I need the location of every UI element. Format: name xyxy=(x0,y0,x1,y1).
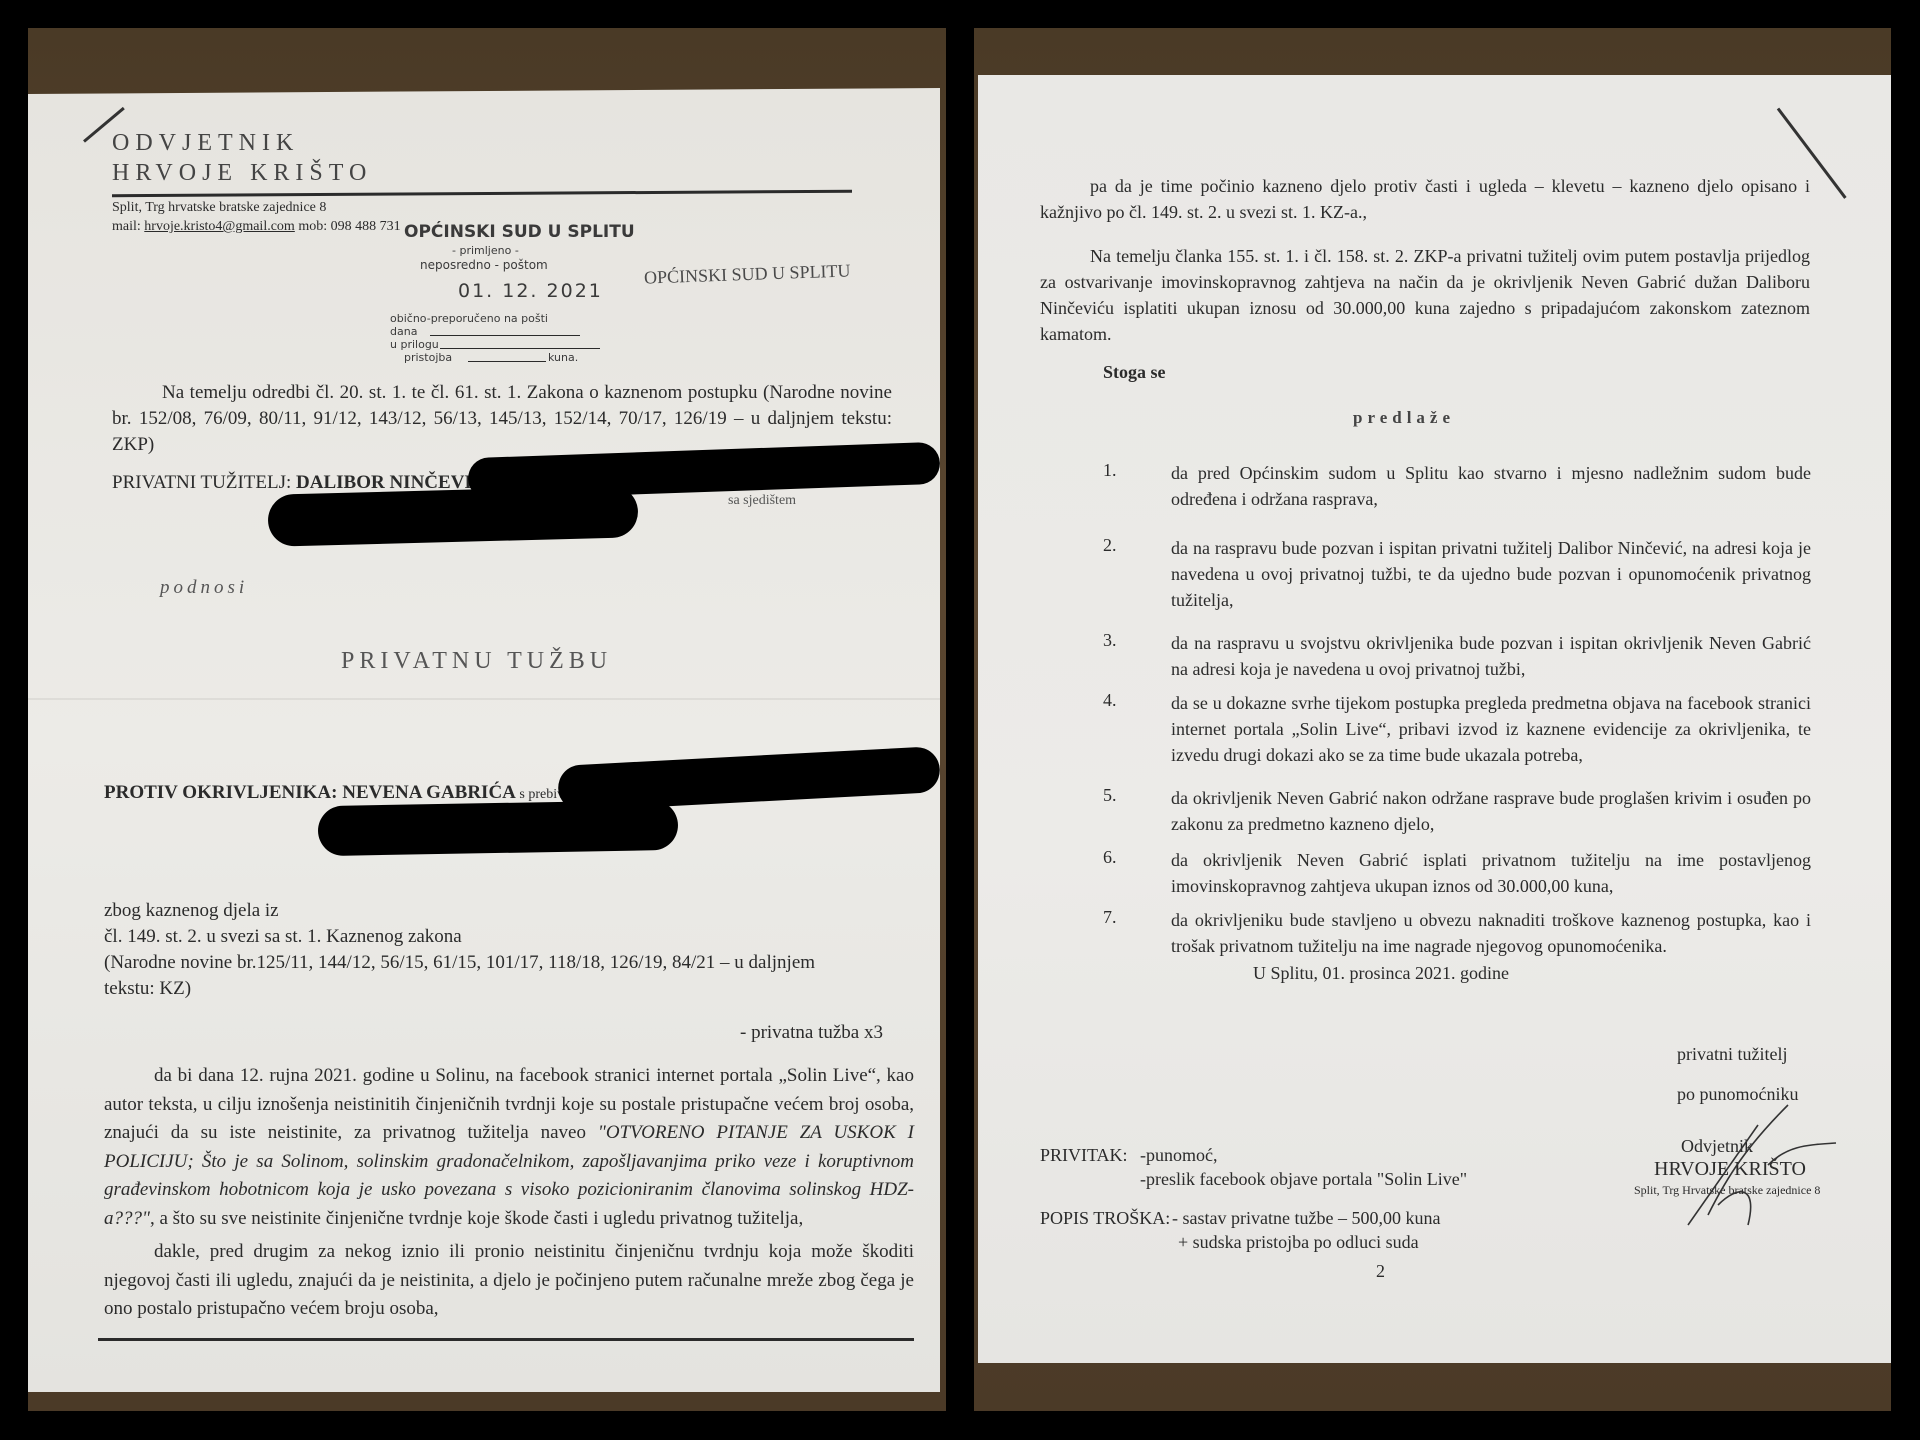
therefore-label: Stoga se xyxy=(1103,359,1166,385)
stamp-line-attachment: u prilogu xyxy=(390,338,439,351)
photo-page-2: pa da je time počinio kazneno djelo prot… xyxy=(974,28,1891,1411)
letterhead-name: HRVOJE KRIŠTO xyxy=(112,160,372,187)
attachment-2: -preslik facebook objave portala "Solin … xyxy=(1140,1166,1467,1192)
plaintiff-label: PRIVATNI TUŽITELJ: xyxy=(112,472,296,493)
email-link[interactable]: hrvoje.kristo4@gmail.com xyxy=(144,219,295,234)
offence-line-4: tekstu: KZ) xyxy=(104,976,191,1002)
stamp-underline xyxy=(468,361,546,362)
contact-label: mail: xyxy=(112,219,144,234)
letterhead-address: Split, Trg hrvatske bratske zajednice 8 xyxy=(112,200,326,216)
stamp-date: 01. 12. 2021 xyxy=(458,280,603,302)
redaction-defendant-address-2 xyxy=(318,800,679,856)
signatory-role: privatni tužitelj xyxy=(1677,1041,1787,1067)
proposal-number: 2. xyxy=(1103,535,1117,556)
stamp-court: OPĆINSKI SUD U SPLITU xyxy=(404,222,635,242)
offence-line-2: čl. 149. st. 2. u svezi sa st. 1. Kaznen… xyxy=(104,924,462,950)
stamp-line-fee: pristojba xyxy=(404,351,452,364)
proposal-number: 3. xyxy=(1103,630,1117,651)
stamp-second-court: OPĆINSKI SUD U SPLITU xyxy=(644,260,851,288)
phone: mob: 098 488 731 xyxy=(295,219,401,234)
defendant-name: NEVENA GABRIĆA xyxy=(342,782,516,803)
stamp-line-post: obično-preporučeno na pošti xyxy=(390,312,548,325)
stamp-line-fee-suffix: kuna. xyxy=(548,351,578,364)
offence-conclusion: pa da je time počinio kazneno djelo prot… xyxy=(1040,173,1810,225)
proposal-number: 6. xyxy=(1103,847,1117,868)
document-page-1: ODVJETNIK HRVOJE KRIŠTO Split, Trg hrvat… xyxy=(28,88,940,1392)
document-page-2: pa da je time počinio kazneno djelo prot… xyxy=(978,75,1891,1363)
proposal-number: 1. xyxy=(1103,460,1117,481)
page-number: 2 xyxy=(1376,1258,1385,1284)
intro-paragraph: Na temelju odredbi čl. 20. st. 1. te čl.… xyxy=(112,380,892,458)
stamp-method: neposredno - poštom xyxy=(420,258,548,272)
cost-item-1: - sastav privatne tužbe – 500,00 kuna xyxy=(1172,1205,1440,1231)
claim-paragraph: Na temelju članka 155. st. 1. i čl. 158.… xyxy=(1040,243,1810,347)
offence-line-1: zbog kaznenog djela iz xyxy=(104,898,279,924)
attachment-label: PRIVITAK: xyxy=(1040,1142,1128,1168)
offence-line-3: (Narodne novine br.125/11, 144/12, 56/15… xyxy=(104,950,815,976)
facts-paragraph: da bi dana 12. rujna 2021. godine u Soli… xyxy=(104,1062,914,1233)
stamp-received: - primljeno - xyxy=(452,244,519,257)
copies-note: - privatna tužba x3 xyxy=(740,1020,883,1046)
stamp-underline xyxy=(440,348,600,349)
defendant-label: PROTIV OKRIVLJENIKA: xyxy=(104,782,342,803)
proposal-number: 7. xyxy=(1103,907,1117,928)
proposal-text: da okrivljenik Neven Gabrić isplati priv… xyxy=(1171,847,1811,899)
stamp-underline xyxy=(430,335,580,336)
document-title: PRIVATNU TUŽBU xyxy=(341,648,612,675)
proposal-number: 5. xyxy=(1103,785,1117,806)
place-date: U Splitu, 01. prosinca 2021. godine xyxy=(1253,960,1509,986)
files-word: podnosi xyxy=(160,575,248,601)
redaction-plaintiff-rep xyxy=(267,485,638,547)
facts-text-end: , a što su sve neistinite činjenične tvr… xyxy=(150,1208,803,1229)
proposal-number: 4. xyxy=(1103,690,1117,711)
cost-item-2: + sudska pristojba po odluci suda xyxy=(1178,1229,1419,1255)
letterhead-title: ODVJETNIK xyxy=(112,130,299,157)
letterhead-rule xyxy=(112,190,852,198)
signature-icon xyxy=(1648,1085,1838,1235)
proposal-text: da okrivljeniku bude stavljeno u obvezu … xyxy=(1171,907,1811,959)
costs-label: POPIS TROŠKA: xyxy=(1040,1205,1170,1231)
paper-fold xyxy=(28,698,940,700)
proposal-text: da pred Općinskim sudom u Splitu kao stv… xyxy=(1171,460,1811,512)
attachment-1: -punomoć, xyxy=(1140,1142,1217,1168)
letterhead-contact: mail: hrvoje.kristo4@gmail.com mob: 098 … xyxy=(112,219,401,235)
plaintiff-line2-end: sa sjedištem xyxy=(728,493,796,509)
stamp-line-day: dana xyxy=(390,325,417,338)
photo-page-1: ODVJETNIK HRVOJE KRIŠTO Split, Trg hrvat… xyxy=(28,28,946,1411)
proposes-heading: predlaže xyxy=(1353,405,1455,431)
proposal-text: da okrivljenik Neven Gabrić nakon održan… xyxy=(1171,785,1811,837)
summary-paragraph: dakle, pred drugim za nekog iznio ili pr… xyxy=(104,1238,914,1324)
proposal-text: da na raspravu bude pozvan i ispitan pri… xyxy=(1171,535,1811,613)
proposal-text: da na raspravu u svojstvu okrivljenika b… xyxy=(1171,630,1811,682)
page-bottom-rule xyxy=(98,1338,914,1341)
proposal-text: da se u dokazne svrhe tijekom postupka p… xyxy=(1171,690,1811,768)
